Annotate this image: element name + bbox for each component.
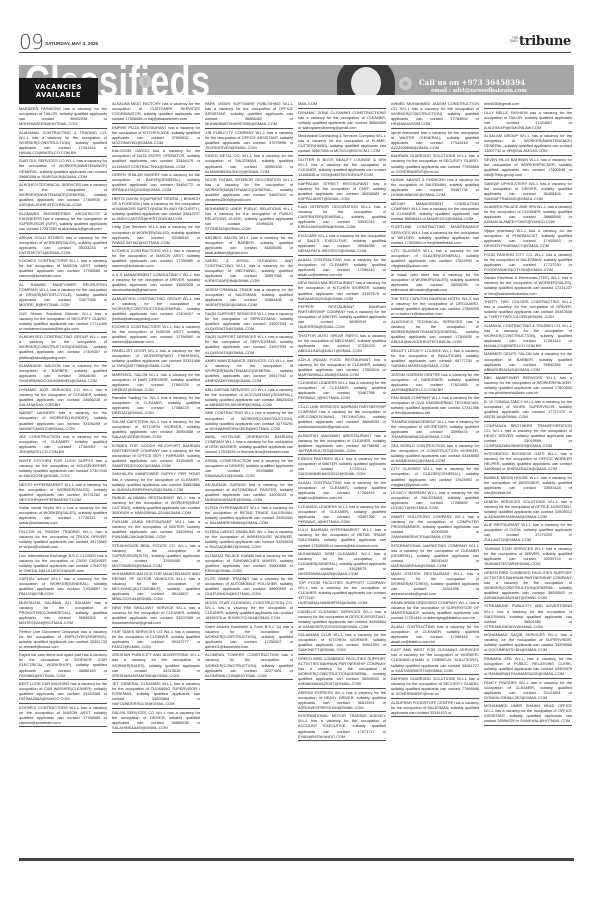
classified-ad: TAHMAN STAR SERVICES W.L.L has a vacancy…	[484, 545, 572, 569]
column-3: PARK VIEWS SOFTWARE PUBLISHING W.L.L has…	[205, 100, 293, 855]
classified-ad: PANELLIST DOOR W.L.L has a vacancy for t…	[112, 347, 200, 371]
classified-ad: ALMUAYYED CONTRACTING GROUP W.L.L has a …	[19, 333, 107, 362]
classified-ad: ZEESHAN PUBLICITY AND ADVERTISING W.L.L …	[112, 651, 200, 680]
classified-ad: BEAUTY LEGACY LOUNGE W.L.L has a vacancy…	[391, 347, 479, 371]
classified-ad: Rayed car care items and spare part has …	[19, 651, 107, 680]
classified-ad: ISAR GUL SERVICES CO W.L.L has a vacancy…	[19, 157, 107, 181]
classified-ad: SEA WORLD CONTRUCTION has a vacancy for …	[391, 442, 479, 466]
classified-ad: PAN ARAB COMPANY W.L.L has a vacancy for…	[391, 394, 479, 418]
classified-ad: SMK CONTRACTING W.L.L has a vacancy for …	[205, 409, 293, 433]
classified-ad: ALMANADIH SALOON has a vacancy for the o…	[19, 362, 107, 386]
classified-ad: ALOMAIRA ENGINEERING ARCHITECTS & ENGINE…	[19, 210, 107, 234]
classified-ad: SAYED METAL CO. W.L.L has a vacancy for …	[205, 152, 293, 176]
classified-ad: ALTAMAIZ PALACE KABAB has a vacancy for …	[205, 552, 293, 576]
classified-ad: SANSAF UPHOLSTERY W.L.L has a vacancy fo…	[484, 180, 572, 204]
classified-ad: ALSALWA MEAT FACTORY has a vacancy for t…	[112, 100, 200, 124]
column-2: ALSALWA MEAT FACTORY has a vacancy for t…	[112, 100, 200, 855]
classified-ad: JJB PUBLICITY COMPANY W.L.L has a vacanc…	[205, 129, 293, 153]
column-4: MAIL.COMDYNAMIC ZONE CLEANING CONSTRUCTI…	[298, 100, 386, 855]
newspaper-logo: THE DAILYtribune	[508, 34, 571, 49]
classified-ad: ALMUAYYED CONTRACTING GROUP W.L.L has a …	[112, 295, 200, 324]
classified-ad: ALIF RESTAURANT W.L.L has a vacancy for …	[484, 521, 572, 545]
brand-name: tribune	[519, 34, 571, 49]
classified-ad: MUHAMMAD ASIM CLEANING W.L.L has a vacan…	[298, 550, 386, 579]
classified-ad: CAPITAL school W.L.L has a vacancy for t…	[19, 575, 107, 599]
classified-ad: NOOR FATIMA INTERIOR DECORATION W.L.L ha…	[205, 176, 293, 205]
classified-ad: BBC MANPOWER SERVICES W.L.L has a vacanc…	[484, 374, 572, 398]
classified-ad: NAWAF LAUNDRY has a vacancy for the occu…	[19, 409, 107, 433]
classified-ad: ACH-A INDIAN FOOD RESTAURANT has a vacan…	[298, 356, 386, 380]
classified-ad: ALAALI CONTRACTING has a vacancy for the…	[298, 479, 386, 503]
classified-ad: CITY GLASSES W.L.L has a vacancy for the…	[391, 465, 479, 489]
classified-ad: MEGAH MANAGEMENT CONSULTING COMPANY W.L.…	[391, 200, 479, 224]
classified-ad: KOOHEJI CONTRACTORS W.L.L has a vacancy …	[19, 257, 107, 281]
classified-ad: LULU BAHRAIN HYPERMARKET W.L.L has a vac…	[298, 526, 386, 550]
classified-ad: EVOCARE W.L.L has a vacancy for the occu…	[298, 232, 386, 256]
classified-ad: SULAIMANI CLUB W.L.L has a vacancy for t…	[298, 631, 386, 655]
classified-ad: SMART SOLUTIONS COMPANY W.L.L has a vaca…	[391, 513, 479, 542]
classified-ad: bhfab36@gmail.com	[484, 100, 572, 109]
classified-ad: MARDEEN FASHIONS has a vacancy for the o…	[19, 105, 107, 129]
classified-ad: BAHRAIN GUARDING SOLUTIONS W.L.L has a v…	[391, 152, 479, 176]
bottom-rule	[19, 858, 574, 861]
classified-ad: BEST LOOK CAR WASHING has a vacancy for …	[19, 680, 107, 704]
classified-ad: JASSIM GARDEN CENTRE has a vacancy for t…	[391, 371, 479, 395]
phone-icon: ▯	[139, 75, 152, 88]
classified-ad: THIRTY TWO COLORS CONTRACTING W.L.L has …	[484, 298, 572, 322]
classified-ad: ALRASTAH MASHAWI &RESTAURANT has a vacan…	[298, 432, 386, 456]
classified-ad: Vijaya pharmacy W.L.L has a vacancy for …	[484, 227, 572, 251]
banner-person-illustration	[337, 65, 395, 95]
classified-ad: PEPPER RESTAURANT BAHRAIN PARTNERSHIP CO…	[298, 303, 386, 332]
classified-ad: EAST AND WEST FOR CLEANING SERVICES has …	[391, 646, 479, 675]
classified-ad: NESTO HYPERMARKET W.L.L has a vacancy fo…	[19, 481, 107, 505]
vacancies-heading-line2: AVAILABLE	[19, 91, 98, 99]
classified-ad: LILLY BELLE FASHION has a vacancy for th…	[484, 109, 572, 133]
classified-ad: AWAL HOTELINE (SHERATON BAHRAIN) COMPANY…	[205, 433, 293, 457]
classified-ad: ASWAL CONSTRUCTION has a vacancy for the…	[205, 457, 293, 481]
classified-ad: Saleh Abdulla Kameshki & Sons B.S.C (c) …	[205, 623, 293, 652]
classified-ad: AN-NURAIN GARAGE has a vacancy for the o…	[205, 481, 293, 505]
classified-ad: TOP FOOM FACILITIES SUPPORT COMPANY W.L.…	[298, 579, 386, 608]
column-6: bhfab36@gmail.comLILLY BELLE FASHION has…	[484, 100, 572, 855]
classified-ad: FLEETLINK CONTRACTING MAINTENANCE SERVIC…	[391, 223, 479, 247]
classified-ad: JASEM CRIMINAL TRADE has a vacancy for t…	[205, 286, 293, 310]
classified-ad: LEMON SERVICES SOLUTIONS W.L.L has a vac…	[484, 498, 572, 522]
classified-ad: KIAN INTERIOR DECORATION W.L.L has a vac…	[298, 203, 386, 232]
classified-ad: KOOHEJI CONTRACTORS W.L.L has a vacancy …	[112, 247, 200, 271]
classified-ad: LEGACY BAHRAIN W.L.L has a vacancy for t…	[391, 489, 479, 513]
classified-ad: SAQR SUPPORT SERVICES W.L.L has a vacanc…	[205, 333, 293, 357]
classified-ad: ARKAN GOLD STORES has a vacancy for the …	[19, 234, 107, 258]
globe-icon: ⊕	[399, 77, 412, 90]
classified-ad: MAIN STATION RESTAURANT W.L.L has a vaca…	[391, 570, 479, 599]
vacancies-heading-line1: VACANCIES	[19, 83, 98, 91]
column-5: AHMED MOHAMMED JASSIM CONSTRUCTION CO. W…	[391, 100, 479, 855]
classified-ad: ABU ZARYAB SERVICES CO W.L.L has a vacan…	[205, 386, 293, 410]
classified-ad: MOHAMMED UMER PUBLIC RELATIONS W.L.L has…	[205, 205, 293, 234]
classified-ad: MAIL.COM	[298, 100, 386, 109]
classified-ad: FANCY FINISHES W.L.L has a vacancy for t…	[484, 679, 572, 703]
classified-ad: MOHAMMAD SAQIB SERVICES W.L.L has a vaca…	[484, 631, 572, 655]
classified-ad: PUNJABI ZAIKA RESTAURANT W.L.L has a vac…	[112, 518, 200, 542]
page-header: 09 SATURDAY, MAY 3, 2025 THE DAILYtribun…	[19, 30, 571, 53]
classified-ad: Rawaha Trading Co. W.L.L has a vacancy f…	[112, 394, 200, 418]
classified-ad: al twasil cold store has a vacancy for t…	[391, 271, 479, 295]
classified-ad: NEW PAK BRILLIANT SERVICE W.L.L has a va…	[112, 604, 200, 628]
classified-ad: THE RITZ CARLTON BAHRAIN HOTEL W.L.L has…	[391, 295, 479, 319]
classified-columns: MARDEEN FASHIONS has a vacancy for the o…	[19, 100, 574, 855]
classified-ad: SALAM CAFETERIA W.L.L has a vacancy for …	[112, 418, 200, 442]
classified-ad: Mechanical Contracting & Services Compan…	[298, 132, 386, 156]
classified-ad: B. 10 CONSULTANCY W.L.L has a vacancy fo…	[484, 398, 572, 422]
classified-ad: GREEN BIRD COMBINED FACILITIES SUPPORT A…	[484, 569, 572, 603]
classified-ad: DYNAMIC AXIS SERVICES CO W.L.L has a vac…	[19, 386, 107, 410]
classified-ad: ALSALAM GROUP W.L.L has a vacancy for th…	[484, 132, 572, 156]
classifieds-banner: Classifieds ✉ ▯ ⊕ Call us on +973 364583…	[19, 65, 574, 95]
classified-ad: JET GENERAL CLEANING W.L.L has a vacancy…	[112, 680, 200, 709]
brand-prefix: THE DAILY	[508, 37, 518, 43]
classified-ad: FAIR TASKS SERVICES CO W.L.L has a vacan…	[112, 628, 200, 652]
classified-ad: THATFOR AUTO SPEAR PARTS has a vacancy f…	[298, 332, 386, 356]
classified-ad: GREEN SHALAR BAKERY has a vacancy for th…	[112, 171, 200, 195]
classified-ad: COLD LINE SERVICES BAHRAIN PARTNERSHIP C…	[298, 403, 386, 432]
classified-ad: ALOMRAN TOWERS CONSTRUCTION has a vacanc…	[205, 651, 293, 680]
classified-ad: ALHIDA CARGO HANDLING W.L.L has a vacanc…	[205, 528, 293, 552]
classified-ad: STEAKHOUSE REAL ESTATE CO. W.L.L has a v…	[112, 542, 200, 571]
classified-ad: JEE CONSTRUCTION has a vacancy for the o…	[19, 433, 107, 457]
classified-ad: CLEANING LEADERS W.L.L has a vacancy for…	[298, 379, 386, 403]
classified-ad: ANTIBES SALON W.L.L has a vacancy for th…	[205, 234, 293, 258]
classified-ad: ELITE SHINE TRADING has a vacancy for th…	[205, 575, 293, 599]
classified-ad: Iqeda restaurant has a vacancy for the o…	[391, 129, 479, 153]
classified-ad: GLITTER N BLISS BEAUTY LOUNGE & SPA W.L.…	[298, 156, 386, 180]
classified-ad: GREEN BIRD COMBINED FACILITIES SUPPORT A…	[298, 655, 386, 689]
classified-ad: ARABI ARABI DREDGING COMPANY W.L.L has a…	[391, 599, 479, 623]
classified-ad: EMPIRE PIZZA RESTAURANT has a vacancy fo…	[112, 124, 200, 148]
classified-ad: AHMED MOHAMMED JASSIM CONSTRUCTION CO. W…	[391, 100, 479, 129]
classified-ad: HONAK ABAYAT & FASHIONS has a vacancy fo…	[391, 176, 479, 200]
classified-ad: ALAHAMAL CONTRACTING & TRADING CO. W.L.L…	[19, 129, 107, 158]
classified-ad: KONATA FOR GOODS RE-EXPORT BAHRAIN PARTN…	[112, 442, 200, 471]
classified-ad: ALAALI CONTRACTING has a vacancy for the…	[298, 256, 386, 280]
classified-ad: ALFIZA HYPERMARKET W.L.L has a vacancy f…	[205, 504, 293, 528]
classified-ad: WHITE KITCHEN FOR LUGH SUPPLY has a vaca…	[19, 457, 107, 481]
classified-ad: AL RAWABI MANPOWER RECRUITING COMPANY W.…	[19, 281, 107, 310]
classified-ad: MOHAMMED UMER SHAIKH HEAD OFFICE W.L.L h…	[484, 702, 572, 726]
classified-ad: CITY GLASSES W.L.L has a vacancy for the…	[391, 247, 479, 271]
classified-ad: G4S Secure Solutions Bahrain W.L.L has a…	[19, 310, 107, 334]
classified-ad: Unity Gas Services W.L.L has a vacancy f…	[112, 223, 200, 247]
classified-ad: FALCON AL RIVADH TRADING W.L.L has a vac…	[19, 528, 107, 552]
classified-ad: DALIYA SERVICES CO W.L.L has a vacancy f…	[112, 709, 200, 733]
classified-ad: THAMRA MANAGEMENT W.L.L has a vacancy fo…	[391, 418, 479, 442]
column-1: MARDEEN FASHIONS has a vacancy for the o…	[19, 105, 107, 855]
classified-ad: CLEANING LEADERS W.L.L has a vacancy for…	[298, 503, 386, 527]
classified-ad: Zaidan Electrical & Electronics (TEE) W.…	[484, 274, 572, 298]
classified-ad: CONFIANZA BROTHERS TRANSPORTATION CO. W.…	[484, 422, 572, 451]
classified-ad: ALAALI CONTRACTING has a vacancy for the…	[391, 623, 479, 647]
classified-ad: MAMMER GENTS SALON has a vacancy for the…	[484, 350, 572, 374]
classified-ad: AMIRI MAINTENANCE SERVICES CO W.L.L has …	[205, 357, 293, 386]
classified-ad: NEW BADIA MIA RESTAURANT has a vacancy f…	[298, 279, 386, 303]
classified-ad: FOOD FASHION CITY CO. W.L.L has a vacanc…	[484, 251, 572, 275]
classified-ad: SAEED & AYMUL CLEANING AND CONTRACTING W…	[205, 257, 293, 286]
classified-ad: ALAMEEN PALACE AND SPA W.L.L has a vacan…	[484, 203, 572, 227]
page-number: 09	[19, 32, 43, 52]
classified-ad: PARK VIEWS SOFTWARE PUBLISHING W.L.L has…	[205, 100, 293, 129]
classified-ad: KALSOOM GARGO has a vacancy for the occu…	[112, 147, 200, 171]
classified-ad: Perfect Line Document Clearance has a va…	[19, 628, 107, 652]
classified-ad: SAQR SUPPORT SERVICES W.L.L has a vacanc…	[205, 310, 293, 334]
classified-ad: MOON STAR CLEANING CONSTRUCTION CO. W.L.…	[205, 599, 293, 623]
classified-ad: STREAMLINE PUBLICITY AND ADVERTISING W.L…	[484, 602, 572, 631]
classified-ad: ARROW EXPRESS W.L.L has a vacancy for th…	[298, 689, 386, 713]
classified-ad: CAMELLE CLEANING SERVICES W.L.L has a va…	[298, 608, 386, 632]
classified-ad: INTERNATIONAL MOTOR TRADING AGENCY W.L.L…	[298, 712, 386, 741]
classified-ad: ALMAHAL CONTRACTING & TRADING CO. W.L.L …	[484, 322, 572, 351]
classified-ad: INTEGRATED BUSINESS GATE W.L.L has a vac…	[484, 450, 572, 474]
classified-ad: KAPPALAM STREET RESTAURANT has a vacancy…	[298, 180, 386, 204]
classified-ad: SUKHALIFA MANPOWER SUPPLY PER HOUR has a…	[112, 470, 200, 494]
classified-ad: MARFIZIOL SALON W.L.L has a vacancy for …	[112, 371, 200, 395]
classified-ad: ALSUFRAH FOODSTUFF CENTRE has a vacancy …	[391, 699, 479, 718]
page-date: SATURDAY, MAY 3, 2025	[45, 41, 98, 46]
classified-ad: KOOHEJI CONTRACTORS W.L.L has a vacancy …	[19, 704, 107, 728]
classified-ad: INTERNATIONAL MARKETING COMPANY W.L.L ha…	[391, 542, 479, 571]
classified-ad: MUNTACHA SALIMAN ALI SALMAN has a vacanc…	[19, 599, 107, 628]
classified-ad: Lulu International Exchange B.S.C CLOSED…	[19, 552, 107, 576]
classified-ad: RINNARA SPA W.L.L has a vacancy for the …	[484, 655, 572, 679]
classified-ad: BUBBLE MEDIA HOUSE W.L.L has a vacancy f…	[484, 474, 572, 498]
classified-ad: SEVEN HILLS BAHRAIN W.L.L has a vacancy …	[484, 156, 572, 180]
classified-ad: DYNAMIC ZONE CLEANING CONSTRUCTIONS has …	[298, 109, 386, 133]
classified-ad: EIZEEN PASTRIES W.L.L has a vacancy for …	[298, 455, 386, 479]
classified-ad: KOOHEJI CONTRACTORS W.L.L has a vacancy …	[112, 323, 200, 347]
classified-ad: Sahar Ismail Seyed W.L.L has a vacancy f…	[19, 504, 107, 528]
classified-ad: ALKOHEJI TECHNICAL SERVICES has a vacanc…	[19, 181, 107, 210]
classified-ad: MOHAMMED BALOCH FOR MAINTENANCE AND REPA…	[112, 570, 200, 604]
banner-email-text: email : advt@newsofbahrain.com	[431, 88, 527, 94]
classified-ad: A & S MANAGEMENT CONSULTANCY W.L.L has a…	[112, 271, 200, 295]
classified-ad: HERTZ DAYIM EQUIPMENT RENTAL ( BRANCH OF…	[112, 195, 200, 224]
classified-ad: ALKOOHEJI TECHNICAL SERVICES has a vacan…	[391, 318, 479, 347]
classified-ad: BAHRAIN GUARDING SOLUTIONS W.L.L has a v…	[391, 675, 479, 699]
banner-call-text: Call us on +973 36458394	[419, 78, 525, 87]
classified-ad: RUBUE ALYAMAN RESTAURANT W.L.L has a vac…	[112, 494, 200, 518]
